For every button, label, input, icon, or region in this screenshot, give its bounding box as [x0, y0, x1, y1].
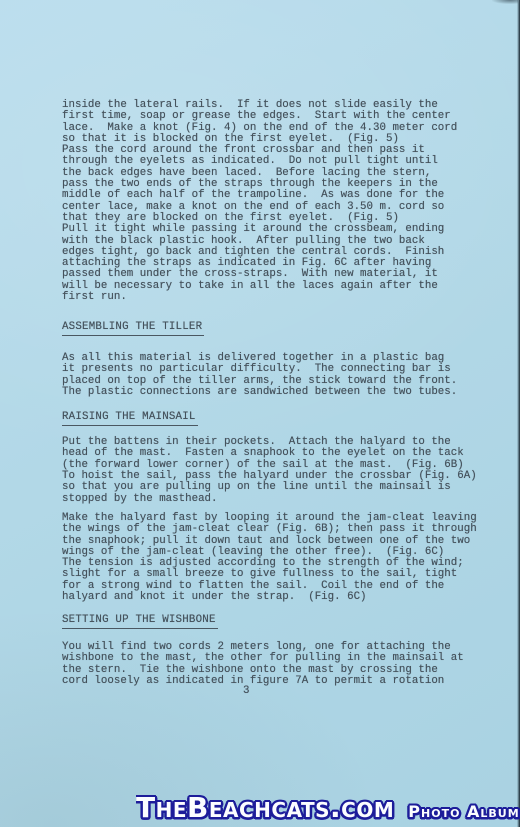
paragraph-wishbone-cords: You will find two cords 2 meters long, o… [62, 642, 484, 687]
heading-assembling-tiller-text: ASSEMBLING THE TILLER [62, 322, 204, 336]
paragraph-trampoline-lacing: inside the lateral rails. If it does not… [62, 100, 484, 303]
heading-setting-up-wishbone-text: SETTING UP THE WISHBONE [62, 615, 218, 629]
paragraph-mainsail-halyard-tension: Make the halyard fast by looping it arou… [62, 513, 484, 603]
page-number: 3 [243, 686, 249, 697]
watermark: TheBeachcats.com Photo Albums [136, 791, 520, 824]
watermark-label: Photo Albums [408, 802, 520, 821]
scan-corner-artifact [492, 0, 518, 4]
scanned-manual-page: inside the lateral rails. If it does not… [0, 0, 520, 827]
section-heading-raising-mainsail: RAISING THE MAINSAIL [62, 412, 484, 426]
heading-raising-mainsail-text: RAISING THE MAINSAIL [62, 412, 198, 426]
paragraph-tiller-assembly: As all this material is delivered togeth… [62, 353, 484, 398]
watermark-site-name: TheBeachcats.com [136, 791, 394, 824]
section-heading-assembling-tiller: ASSEMBLING THE TILLER [62, 322, 484, 336]
paragraph-mainsail-hoisting: Put the battens in their pockets. Attach… [62, 437, 484, 505]
page-text: inside the lateral rails. If it does not… [62, 100, 484, 695]
section-heading-setting-up-wishbone: SETTING UP THE WISHBONE [62, 615, 484, 629]
